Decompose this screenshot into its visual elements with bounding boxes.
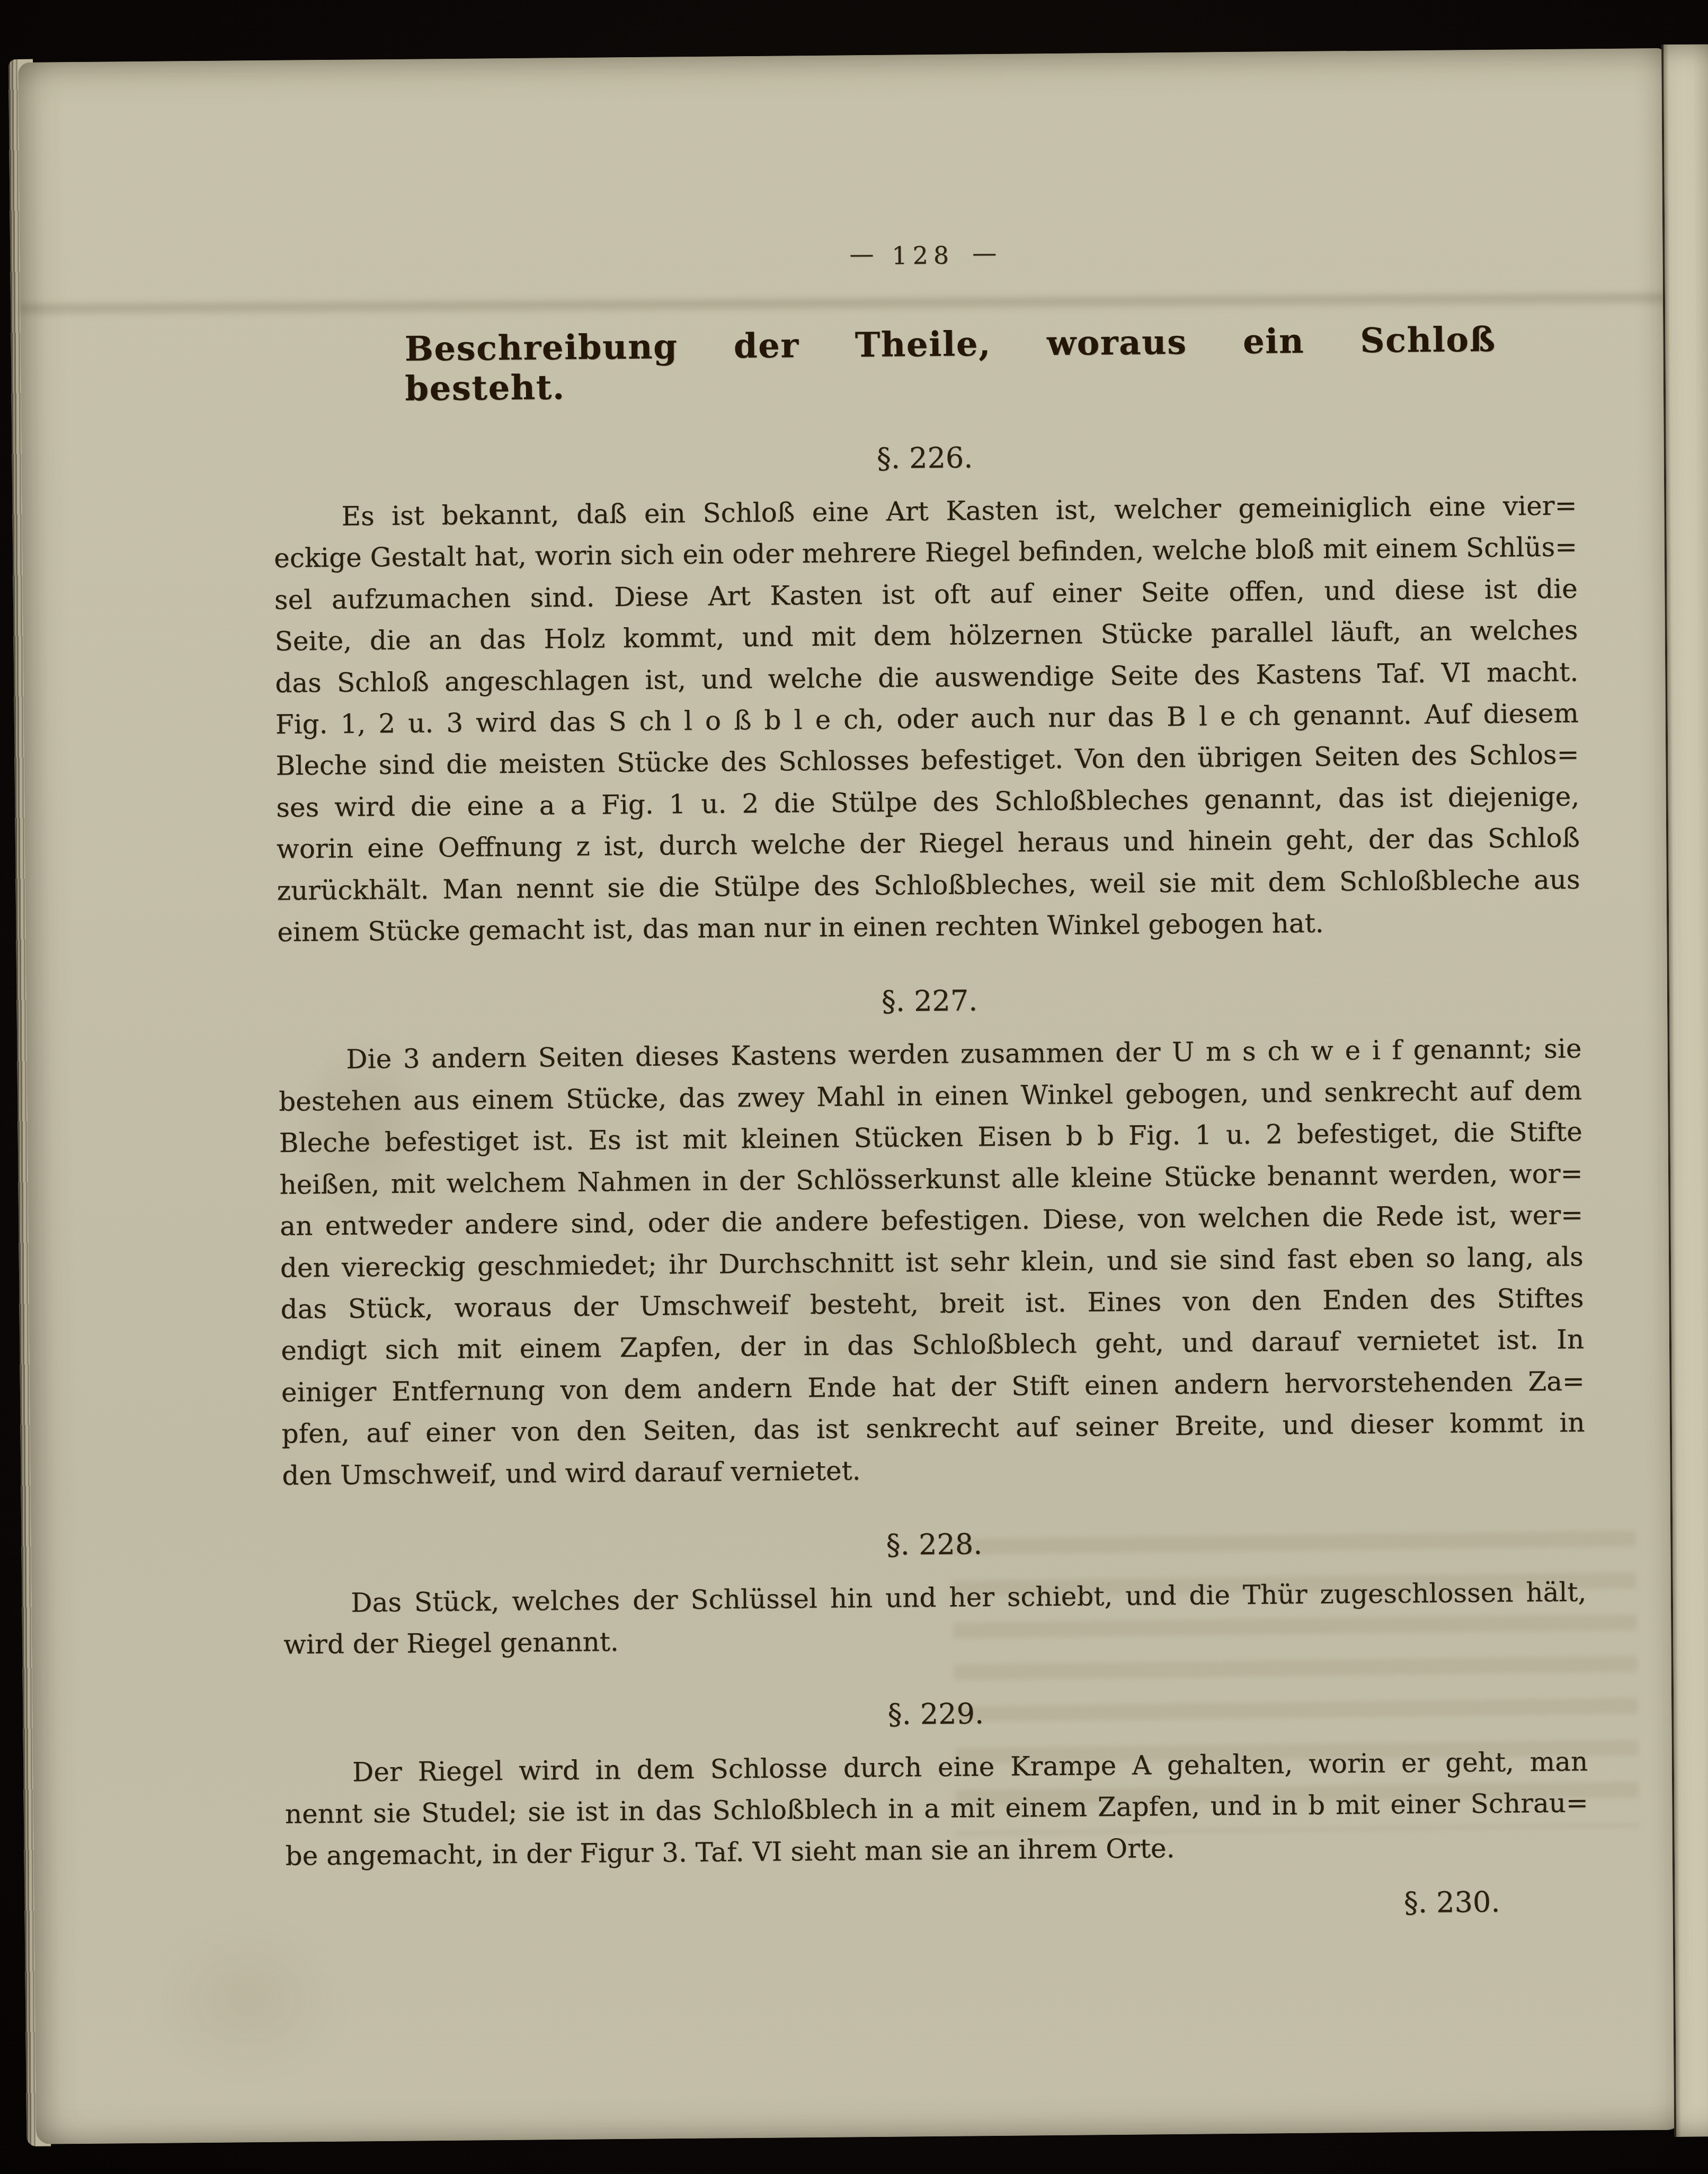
- section-label: §. 227.: [278, 979, 1581, 1023]
- book-page: —128— Beschreibung der Theile, woraus ei…: [18, 48, 1683, 2144]
- section: §. 227.Die 3 andern Seiten dieses Kasten…: [278, 979, 1585, 1496]
- header-dash-left: —: [849, 239, 874, 268]
- section-label: §. 226.: [273, 435, 1576, 480]
- section: §. 230.: [286, 1884, 1589, 1929]
- section-label: §. 228.: [282, 1522, 1586, 1566]
- page-number: 128: [892, 241, 954, 270]
- paragraph: Es ist bekannt, daß ein Schloß eine Art …: [273, 485, 1580, 953]
- paragraph: Das Stück, welches der Schlüssel hin und…: [283, 1571, 1587, 1665]
- header-dash-right: —: [972, 238, 997, 267]
- page-header: —128—: [271, 235, 1574, 275]
- page-content: —128— Beschreibung der Theile, woraus ei…: [270, 49, 1589, 1945]
- scanned-book-photo: { "page": { "header": { "left_dash": "—"…: [0, 0, 1708, 2174]
- section: §. 228.Das Stück, welches der Schlüssel …: [282, 1522, 1587, 1665]
- section-label: §. 229.: [284, 1691, 1587, 1736]
- section-label: §. 230.: [286, 1884, 1589, 1929]
- section: §. 226.Es ist bekannt, daß ein Schloß ei…: [273, 435, 1580, 953]
- sections: §. 226.Es ist bekannt, daß ein Schloß ei…: [273, 435, 1589, 1929]
- paragraph: Der Riegel wird in dem Schlosse durch ei…: [284, 1741, 1589, 1877]
- section: §. 229.Der Riegel wird in dem Schlosse d…: [284, 1691, 1589, 1877]
- chapter-heading: Beschreibung der Theile, woraus ein Schl…: [404, 320, 1496, 409]
- paragraph: Die 3 andern Seiten dieses Kastens werde…: [278, 1028, 1585, 1496]
